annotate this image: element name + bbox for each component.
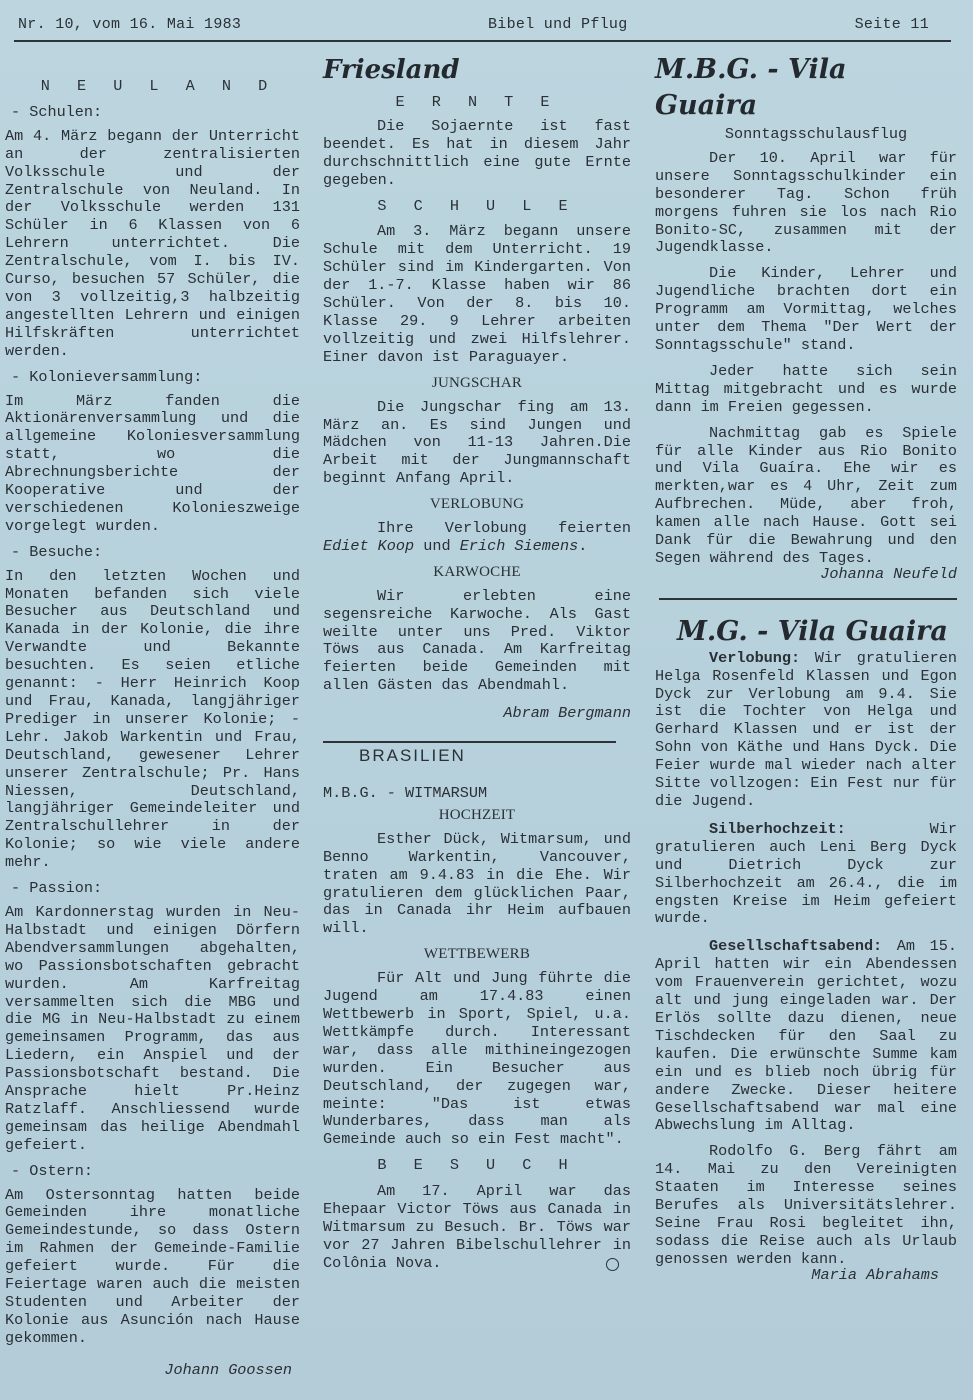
- paragraph-ausflug-3: Jeder hatte sich sein Mittag mitgebracht…: [655, 363, 957, 417]
- newspaper-page: Nr. 10, vom 16. Mai 1983 Bibel und Pflug…: [0, 0, 973, 1400]
- section-title-neuland: N E U L A N D: [17, 78, 300, 96]
- paragraph-gesellschaftsabend: Gesellschaftsabend: Am 15. April hatten …: [655, 938, 957, 1135]
- subtitle-witmarsum: M.B.G. - WITMARSUM: [323, 785, 631, 803]
- paragraph-kolonieversammlung: Im März fanden die Aktionärenversammlung…: [5, 393, 300, 536]
- heading-schulen: - Schulen:: [11, 104, 300, 122]
- section-title-brasilien: BRASILIEN: [359, 747, 631, 765]
- verlobung-suffix: .: [578, 537, 587, 555]
- lead-silberhochzeit: Silberhochzeit:: [709, 820, 846, 838]
- paragraph-ernte: Die Sojaernte ist fast beendet. Es hat i…: [323, 118, 631, 190]
- heading-kolonieversammlung: - Kolonieversammlung:: [11, 369, 300, 387]
- lead-gesellschaftsabend: Gesellschaftsabend:: [709, 937, 882, 955]
- heading-wettbewerb: WETTBEWERB: [323, 946, 631, 964]
- paragraph-jungschar: Die Jungschar fing am 13. März an. Es si…: [323, 399, 631, 489]
- verlobung-conj: und: [423, 537, 450, 555]
- section-divider-right: [659, 598, 957, 600]
- paragraph-rodolfo-berg: Rodolfo G. Berg fährt am 14. Mai zu den …: [655, 1143, 957, 1268]
- column-vila-guaira: M.B.G. - Vila Guaira Sonntagsschulausflu…: [655, 52, 957, 1285]
- section-title-mg-vila-guaira: M.G. - Vila Guaira: [677, 614, 957, 650]
- heading-karwoche: KARWOCHE: [323, 564, 631, 582]
- verlobung-prefix: Ihre Verlobung feierten: [377, 519, 631, 537]
- paragraph-silberhochzeit: Silberhochzeit: Wir gratulieren auch Len…: [655, 821, 957, 928]
- heading-besuch: B E S U C H: [323, 1157, 631, 1175]
- section-title-friesland: Friesland: [323, 52, 631, 88]
- signature-mbg-vila-guaira: Johanna Neufeld: [655, 566, 957, 584]
- paragraph-ausflug-1: Der 10. April war für unsere Sonntagssch…: [655, 150, 957, 257]
- lead-verlobung: Verlobung:: [709, 649, 800, 667]
- paragraph-verlobung-mg: Verlobung: Wir gratulieren Helga Rosenfe…: [655, 650, 957, 811]
- text-verlobung: Wir gratulieren Helga Rosenfeld Klassen …: [655, 649, 957, 810]
- verlobung-name-2: Erich Siemens: [460, 537, 578, 555]
- header-divider: [14, 40, 951, 42]
- paragraph-verlobung: Ihre Verlobung feierten Ediet Koop und E…: [323, 520, 631, 556]
- heading-ernte: E R N T E: [323, 94, 631, 112]
- paragraph-schule: Am 3. März begann unsere Schule mit dem …: [323, 223, 631, 366]
- heading-hochzeit: HOCHZEIT: [323, 807, 631, 825]
- verlobung-name-1: Ediet Koop: [323, 537, 414, 555]
- signature-friesland: Abram Bergmann: [323, 705, 631, 723]
- heading-besuche: - Besuche:: [11, 544, 300, 562]
- page-header: Nr. 10, vom 16. Mai 1983 Bibel und Pflug…: [18, 10, 951, 40]
- paragraph-wettbewerb: Für Alt und Jung führte die Jugend am 17…: [323, 970, 631, 1149]
- signature-neuland: Johann Goossen: [5, 1362, 292, 1380]
- heading-sonntagsschulausflug: Sonntagsschulausflug: [675, 126, 957, 144]
- publication-title: Bibel und Pflug: [488, 16, 628, 33]
- issue-info: Nr. 10, vom 16. Mai 1983: [18, 16, 241, 33]
- heading-passion: - Passion:: [11, 880, 300, 898]
- heading-ostern: - Ostern:: [11, 1163, 300, 1181]
- paragraph-besuche: In den letzten Wochen und Monaten befand…: [5, 568, 300, 872]
- column-friesland: Friesland E R N T E Die Sojaernte ist fa…: [323, 52, 631, 1275]
- text-gesellschaftsabend: Am 15. April hatten wir ein Abendessen v…: [655, 937, 957, 1134]
- column-neuland: N E U L A N D - Schulen: Am 4. März bega…: [5, 52, 300, 1380]
- section-divider: [323, 741, 616, 743]
- paragraph-ostern: Am Ostersonntag hatten beide Gemeinden i…: [5, 1187, 300, 1348]
- heading-verlobung: VERLOBUNG: [323, 496, 631, 514]
- circle-end-icon: [606, 1258, 619, 1271]
- paragraph-passion: Am Kardonnerstag wurden in Neu-Halbstadt…: [5, 904, 300, 1155]
- signature-mg-vila-guaira: Maria Abrahams: [655, 1267, 939, 1285]
- paragraph-ausflug-2: Die Kinder, Lehrer und Jugendliche brach…: [655, 265, 957, 355]
- paragraph-schulen: Am 4. März begann der Unterricht an der …: [5, 128, 300, 361]
- heading-schule: S C H U L E: [323, 198, 631, 216]
- paragraph-hochzeit: Esther Dück, Witmarsum, und Benno Warken…: [323, 831, 631, 938]
- page-number: Seite 11: [855, 16, 929, 33]
- paragraph-ausflug-4: Nachmittag gab es Spiele für alle Kinder…: [655, 425, 957, 568]
- paragraph-karwoche: Wir erlebten eine segensreiche Karwoche.…: [323, 588, 631, 695]
- section-title-mbg-vila-guaira: M.B.G. - Vila Guaira: [655, 52, 957, 124]
- heading-jungschar: JUNGSCHAR: [323, 375, 631, 393]
